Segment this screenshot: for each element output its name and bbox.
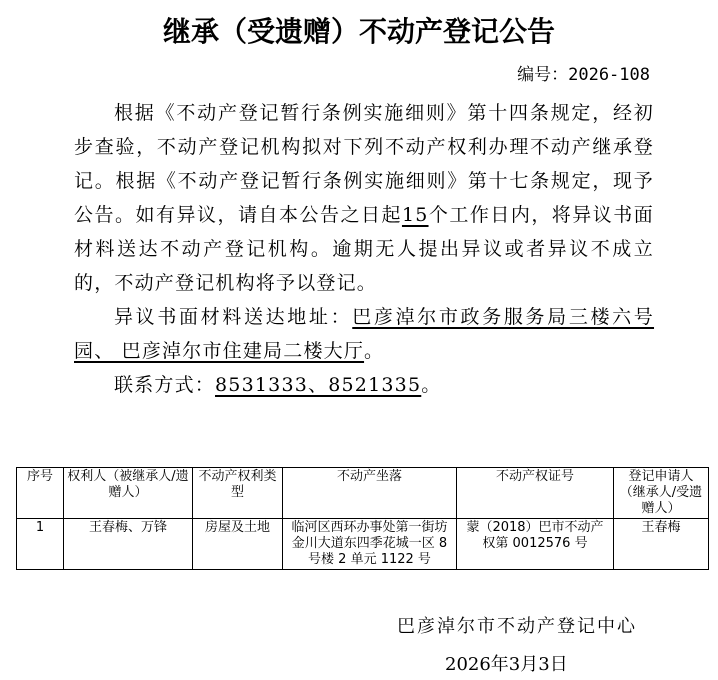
announcement-body: 根据《不动产登记暂行条例实施细则》第十四条规定，经初步查验，不动产登记机构拟对下… [74,96,654,402]
cell-location: 临河区西环办事处第一街坊金川大道东四季花城一区 8 号楼 2 单元 1122 号 [283,519,457,570]
table-row: 1 王春梅、万锋 房屋及土地 临河区西环办事处第一街坊金川大道东四季花城一区 8… [17,519,709,570]
objection-days: 15 [402,204,429,226]
issuer-name: 巴彦淖尔市不动产登记中心 [397,612,637,638]
header-location: 不动产坐落 [283,468,457,519]
punctuation: 。 [364,340,384,362]
document-number-value: 2026-108 [568,65,650,85]
cell-certificate-no: 蒙（2018）巴市不动产权第 0012576 号 [457,519,614,570]
header-applicant: 登记申请人（继承人/受遗赠人） [614,468,709,519]
cell-right-holder: 王春梅、万锋 [64,519,193,570]
document-title: 继承（受遗赠）不动产登记公告 [0,10,718,50]
cell-index: 1 [17,519,64,570]
announcement-paragraph: 根据《不动产登记暂行条例实施细则》第十四条规定，经初步查验，不动产登记机构拟对下… [74,96,654,300]
address-paragraph: 异议书面材料送达地址：巴彦淖尔市政务服务局三楼六号园、 巴彦淖尔市住建局二楼大厅… [74,300,654,368]
cell-right-type: 房屋及土地 [193,519,283,570]
contact-label: 联系方式： [114,374,215,396]
cell-applicant: 王春梅 [614,519,709,570]
header-right-type: 不动产权利类型 [193,468,283,519]
header-certificate-no: 不动产权证号 [457,468,614,519]
header-right-holder: 权利人（被继承人/遗赠人） [64,468,193,519]
issue-date: 2026年3月3日 [445,650,568,676]
document-number-label: 编号： [517,65,568,85]
address-label: 异议书面材料送达地址： [114,306,352,328]
contact-paragraph: 联系方式：8531333、8521335。 [74,368,654,402]
punctuation: 。 [421,374,441,396]
table-header-row: 序号 权利人（被继承人/遗赠人） 不动产权利类型 不动产坐落 不动产权证号 登记… [17,468,709,519]
contact-value: 8531333、8521335 [215,374,421,396]
registration-table: 序号 权利人（被继承人/遗赠人） 不动产权利类型 不动产坐落 不动产权证号 登记… [16,467,709,570]
document-number: 编号：2026-108 [517,60,650,85]
header-index: 序号 [17,468,64,519]
